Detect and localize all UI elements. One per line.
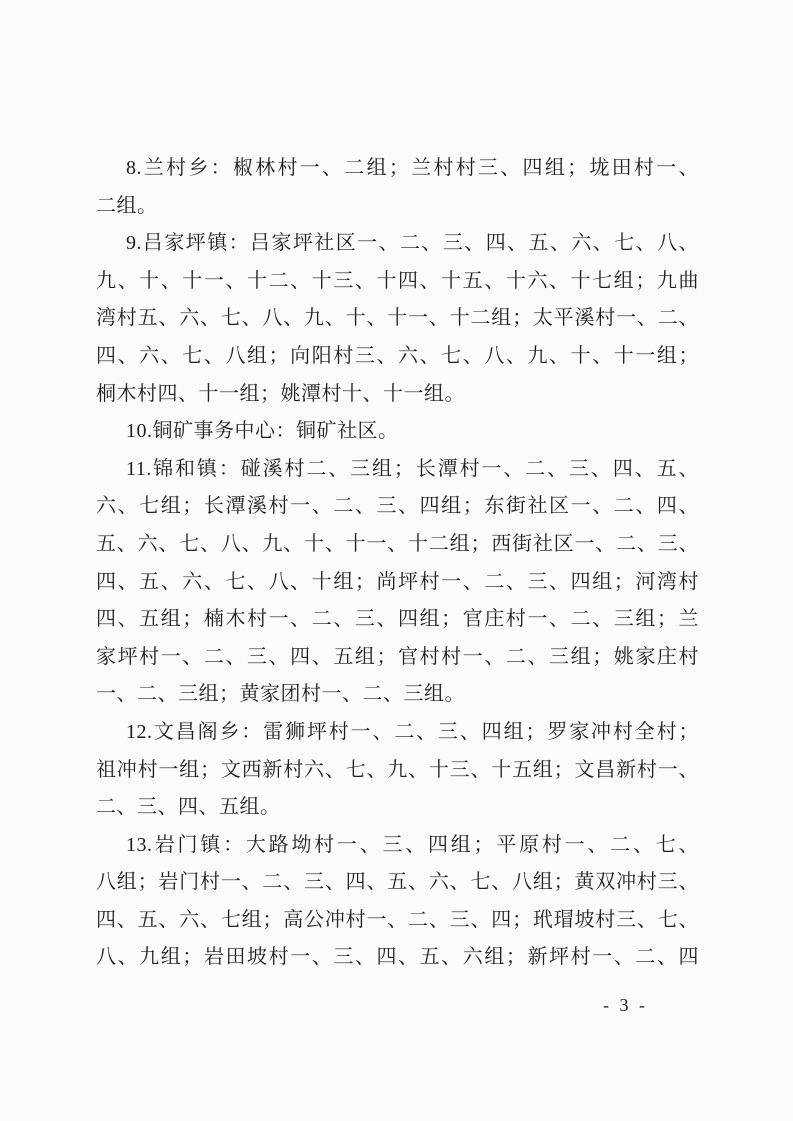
- text-line: 10.铜矿事务中心：铜矿社区。: [96, 413, 699, 451]
- text-line: 一、二、三组；黄家团村一、二、三组。: [96, 676, 699, 714]
- text-line: 8.兰村乡：椒林村一、二组；兰村村三、四组；垅田村一、: [96, 150, 699, 188]
- paragraph-item-13: 13.岩门镇：大路坳村一、三、四组；平原村一、二、七、 八组；岩门村一、二、三、…: [96, 827, 699, 977]
- text-line: 13.岩门镇：大路坳村一、三、四组；平原村一、二、七、: [96, 827, 699, 865]
- text-line: 9.吕家坪镇：吕家坪社区一、二、三、四、五、六、七、八、: [96, 225, 699, 263]
- text-line: 祖冲村一组；文西新村六、七、九、十三、十五组；文昌新村一、: [96, 752, 699, 790]
- paragraph-item-10: 10.铜矿事务中心：铜矿社区。: [96, 413, 699, 451]
- text-line: 四、五组；楠木村一、二、三、四组；官庄村一、二、三组；兰: [96, 601, 699, 639]
- paragraph-item-8: 8.兰村乡：椒林村一、二组；兰村村三、四组；垅田村一、 二组。: [96, 150, 699, 225]
- document-page: 8.兰村乡：椒林村一、二组；兰村村三、四组；垅田村一、 二组。 9.吕家坪镇：吕…: [0, 0, 793, 1121]
- text-line: 四、五、六、七、八、十组；尚坪村一、二、三、四组；河湾村: [96, 564, 699, 602]
- text-line: 二组。: [96, 188, 699, 226]
- paragraph-item-12: 12.文昌阁乡：雷狮坪村一、二、三、四组；罗家冲村全村； 祖冲村一组；文西新村六…: [96, 714, 699, 827]
- text-line: 八组；岩门村一、二、三、四、五、六、七、八组；黄双冲村三、: [96, 864, 699, 902]
- text-line: 九、十、十一、十二、十三、十四、十五、十六、十七组；九曲: [96, 263, 699, 301]
- page-number: - 3 -: [603, 995, 648, 1016]
- text-line: 六、七组；长潭溪村一、二、三、四组；东街社区一、二、四、: [96, 488, 699, 526]
- text-line: 二、三、四、五组。: [96, 789, 699, 827]
- paragraph-item-9: 9.吕家坪镇：吕家坪社区一、二、三、四、五、六、七、八、 九、十、十一、十二、十…: [96, 225, 699, 413]
- text-line: 八、九组；岩田坡村一、三、四、五、六组；新坪村一、二、四: [96, 939, 699, 977]
- text-line: 11.锦和镇：碰溪村二、三组；长潭村一、二、三、四、五、: [96, 451, 699, 489]
- text-line: 五、六、七、八、九、十、十一、十二组；西街社区一、二、三、: [96, 526, 699, 564]
- document-body: 8.兰村乡：椒林村一、二组；兰村村三、四组；垅田村一、 二组。 9.吕家坪镇：吕…: [96, 150, 699, 977]
- paragraph-item-11: 11.锦和镇：碰溪村二、三组；长潭村一、二、三、四、五、 六、七组；长潭溪村一、…: [96, 451, 699, 714]
- text-line: 12.文昌阁乡：雷狮坪村一、二、三、四组；罗家冲村全村；: [96, 714, 699, 752]
- text-line: 湾村五、六、七、八、九、十、十一、十二组；太平溪村一、二、: [96, 300, 699, 338]
- text-line: 四、五、六、七组；高公冲村一、二、三、四；玳瑁坡村三、七、: [96, 902, 699, 940]
- text-line: 桐木村四、十一组；姚潭村十、十一组。: [96, 376, 699, 414]
- text-line: 四、六、七、八组；向阳村三、六、七、八、九、十、十一组；: [96, 338, 699, 376]
- text-line: 家坪村一、二、三、四、五组；官村村一、二、三组；姚家庄村: [96, 639, 699, 677]
